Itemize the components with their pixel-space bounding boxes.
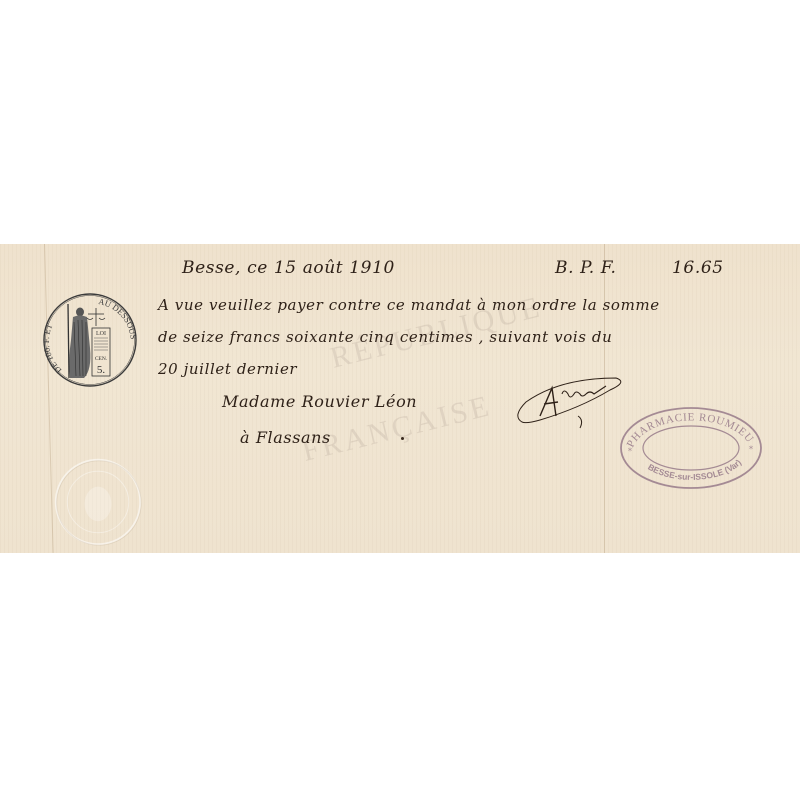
pharmacy-stamp-icon: PHARMACIE ROUMIEU BESSE-sur-ISSOLE (Var)… — [618, 404, 764, 492]
embossed-seal-icon — [50, 454, 146, 550]
body-line-3: 20 juillet dernier — [158, 360, 297, 378]
tax-stamp-seal-icon: DE 100. F. ET AU DESSOUS LOI CEN. 5. — [40, 290, 140, 390]
amount-value: 16.65 — [672, 258, 724, 278]
svg-text:*: * — [749, 445, 753, 454]
signature-mark — [510, 372, 626, 432]
stamp-tablet-bottom: CEN. — [95, 356, 108, 362]
ink-dot — [401, 437, 404, 440]
place-date: Besse, ce 15 août 1910 — [182, 258, 395, 278]
document-paper: RÉPUBLIQUE FRANÇAISE DE 100. F. ET AU DE… — [0, 244, 800, 553]
stamp-value: 5. — [97, 364, 106, 376]
body-line-1: A vue veuillez payer contre ce mandat à … — [158, 296, 660, 314]
addressee-name: Madame Rouvier Léon — [222, 392, 417, 411]
svg-text:*: * — [628, 447, 632, 456]
body-line-2: de seize francs soixante cinq centimes ,… — [158, 328, 612, 346]
addressee-place: à Flassans — [240, 428, 331, 447]
amount-label: B. P. F. — [555, 258, 616, 278]
stamp-tablet-top: LOI — [96, 331, 106, 337]
